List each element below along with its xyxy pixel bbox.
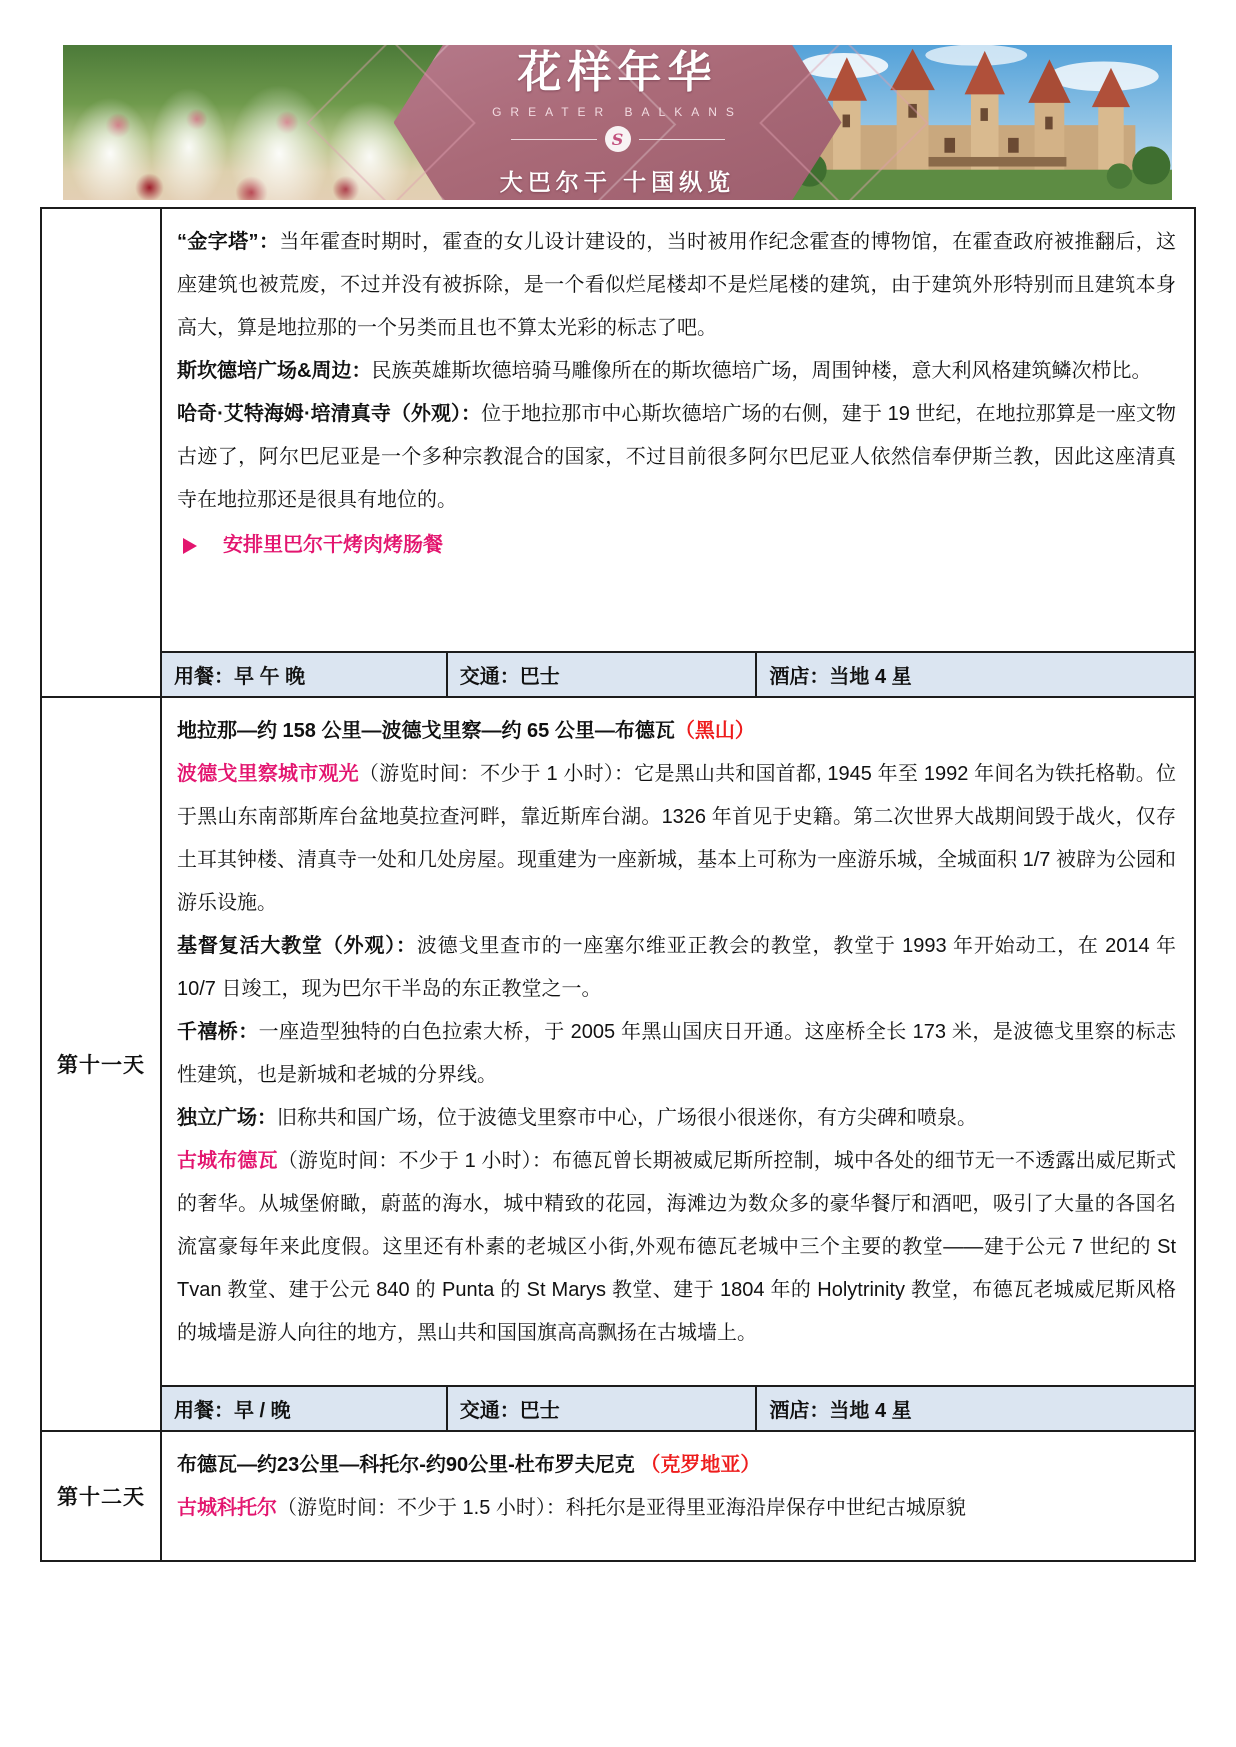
paragraph-text: 一座造型独特的白色拉索大桥，于 2005 年黑山国庆日开通。这座桥全长 173 … (177, 1021, 1176, 1086)
route-main: 地拉那—约 158 公里—波德戈里察—约 65 公里—布德瓦 (177, 720, 675, 742)
brand-logo-icon: S (605, 126, 631, 152)
banner-divider: S (511, 126, 725, 152)
day10-row: “金字塔”：当年霍查时期时，霍查的女儿设计建设的，当时被用作纪念霍查的博物馆，在… (42, 209, 1194, 696)
hotel-cell: 酒店：当地 4 星 (755, 1387, 1194, 1430)
paragraph-skanderbeg-square: 斯坎德培广场&周边：民族英雄斯坎德培骑马雕像所在的斯坎德培广场，周围钟楼，意大利… (177, 350, 1176, 393)
day12-label-cell: 第十二天 (42, 1432, 162, 1560)
paragraph-budva-old-town: 古城布德瓦（游览时间：不少于 1 小时）：布德瓦曾长期被威尼斯所控制，城中各处的… (177, 1140, 1176, 1355)
brand-subtitle: GREATER BALKANS (492, 105, 743, 119)
hotel-cell: 酒店：当地 4 星 (755, 653, 1194, 696)
paragraph-lead: 哈奇·艾特海姆·培清真寺（外观）： (177, 403, 481, 425)
header-banner: 花样年华 GREATER BALKANS S 大巴尔干 十国纵览 (63, 45, 1172, 200)
brand-tagline: 大巴尔干 十国纵览 (500, 164, 735, 197)
paragraph-lead: 基督复活大教堂（外观）： (177, 935, 417, 957)
paragraph-resurrection-cathedral: 基督复活大教堂（外观）：波德戈里查市的一座塞尔维亚正教会的教堂，教堂于 1993… (177, 925, 1176, 1011)
paragraph-text: （游览时间：不少于 1 小时）：它是黑山共和国首都, 1945 年至 1992 … (177, 763, 1176, 914)
day10-label-cell (42, 209, 162, 696)
day11-label-cell: 第十一天 (42, 698, 162, 1430)
paragraph-pyramid: “金字塔”：当年霍查时期时，霍查的女儿设计建设的，当时被用作纪念霍查的博物馆，在… (177, 221, 1176, 350)
paragraph-lead: 千禧桥： (177, 1021, 259, 1043)
paragraph-independence-square: 独立广场：旧称共和国广场，位于波德戈里察市中心，广场很小很迷你，有方尖碑和喷泉。 (177, 1097, 1176, 1140)
day10-meal-row: 用餐：早 午 晚 交通：巴士 酒店：当地 4 星 (162, 651, 1194, 696)
paragraph-lead: 古城科托尔 (177, 1497, 277, 1519)
paragraph-podgorica-tour: 波德戈里察城市观光（游览时间：不少于 1 小时）：它是黑山共和国首都, 1945… (177, 753, 1176, 925)
paragraph-lead: 独立广场： (177, 1107, 277, 1129)
day11-route: 地拉那—约 158 公里—波德戈里察—约 65 公里—布德瓦（黑山） (177, 710, 1176, 753)
paragraph-text: 旧称共和国广场，位于波德戈里察市中心，广场很小很迷你，有方尖碑和喷泉。 (277, 1107, 977, 1129)
paragraph-ethem-bey-mosque: 哈奇·艾特海姆·培清真寺（外观）：位于地拉那市中心斯坎德培广场的右侧，建于 19… (177, 393, 1176, 522)
arrow-bullet-icon (183, 538, 197, 554)
route-country: （黑山） (675, 720, 755, 742)
paragraph-kotor-old-town: 古城科托尔（游览时间：不少于 1.5 小时）：科托尔是亚得里亚海沿岸保存中世纪古… (177, 1487, 1176, 1530)
paragraph-lead: 波德戈里察城市观光 (177, 763, 359, 785)
brand-title: 花样年华 (518, 50, 718, 96)
paragraph-text: 当年霍查时期时，霍查的女儿设计建设的，当时被用作纪念霍查的博物馆，在霍查政府被推… (177, 231, 1176, 339)
day11-description-cell: 地拉那—约 158 公里—波德戈里察—约 65 公里—布德瓦（黑山） 波德戈里察… (162, 698, 1194, 1385)
route-country: （克罗地亚） (635, 1454, 761, 1476)
special-meal-text: 安排里巴尔干烤肉烤肠餐 (223, 524, 443, 567)
paragraph-lead: “金字塔”： (177, 231, 279, 253)
day12-route: 布德瓦—约23公里—科托尔-约90公里-杜布罗夫尼克 （克罗地亚） (177, 1444, 1176, 1487)
paragraph-text: （游览时间：不少于 1 小时）：布德瓦曾长期被威尼斯所控制，城中各处的细节无一不… (177, 1150, 1176, 1344)
day11-row: 第十一天 地拉那—约 158 公里—波德戈里察—约 65 公里—布德瓦（黑山） … (42, 696, 1194, 1430)
special-meal-note: 安排里巴尔干烤肉烤肠餐 (181, 524, 1176, 567)
paragraph-lead: 古城布德瓦 (177, 1150, 278, 1172)
transport-cell: 交通：巴士 (446, 653, 756, 696)
paragraph-millennium-bridge: 千禧桥：一座造型独特的白色拉索大桥，于 2005 年黑山国庆日开通。这座桥全长 … (177, 1011, 1176, 1097)
paragraph-text: （游览时间：不少于 1.5 小时）：科托尔是亚得里亚海沿岸保存中世纪古城原貌 (277, 1497, 966, 1519)
day11-meal-row: 用餐：早 / 晚 交通：巴士 酒店：当地 4 星 (162, 1385, 1194, 1430)
divider-line (511, 139, 597, 140)
day12-row: 第十二天 布德瓦—约23公里—科托尔-约90公里-杜布罗夫尼克 （克罗地亚） 古… (42, 1430, 1194, 1560)
meals-cell: 用餐：早 午 晚 (162, 653, 446, 696)
route-main: 布德瓦—约23公里—科托尔-约90公里-杜布罗夫尼克 (177, 1454, 635, 1476)
document-page: 花样年华 GREATER BALKANS S 大巴尔干 十国纵览 (0, 0, 1236, 1747)
day10-description-cell: “金字塔”：当年霍查时期时，霍查的女儿设计建设的，当时被用作纪念霍查的博物馆，在… (162, 209, 1194, 651)
divider-line (639, 139, 725, 140)
meals-cell: 用餐：早 / 晚 (162, 1387, 446, 1430)
transport-cell: 交通：巴士 (446, 1387, 756, 1430)
paragraph-text: 民族英雄斯坎德培骑马雕像所在的斯坎德培广场，周围钟楼，意大利风格建筑鳞次栉比。 (371, 360, 1151, 382)
day12-description-cell: 布德瓦—约23公里—科托尔-约90公里-杜布罗夫尼克 （克罗地亚） 古城科托尔（… (162, 1432, 1194, 1560)
itinerary-table: “金字塔”：当年霍查时期时，霍查的女儿设计建设的，当时被用作纪念霍查的博物馆，在… (40, 207, 1196, 1562)
paragraph-lead: 斯坎德培广场&周边： (177, 360, 371, 382)
